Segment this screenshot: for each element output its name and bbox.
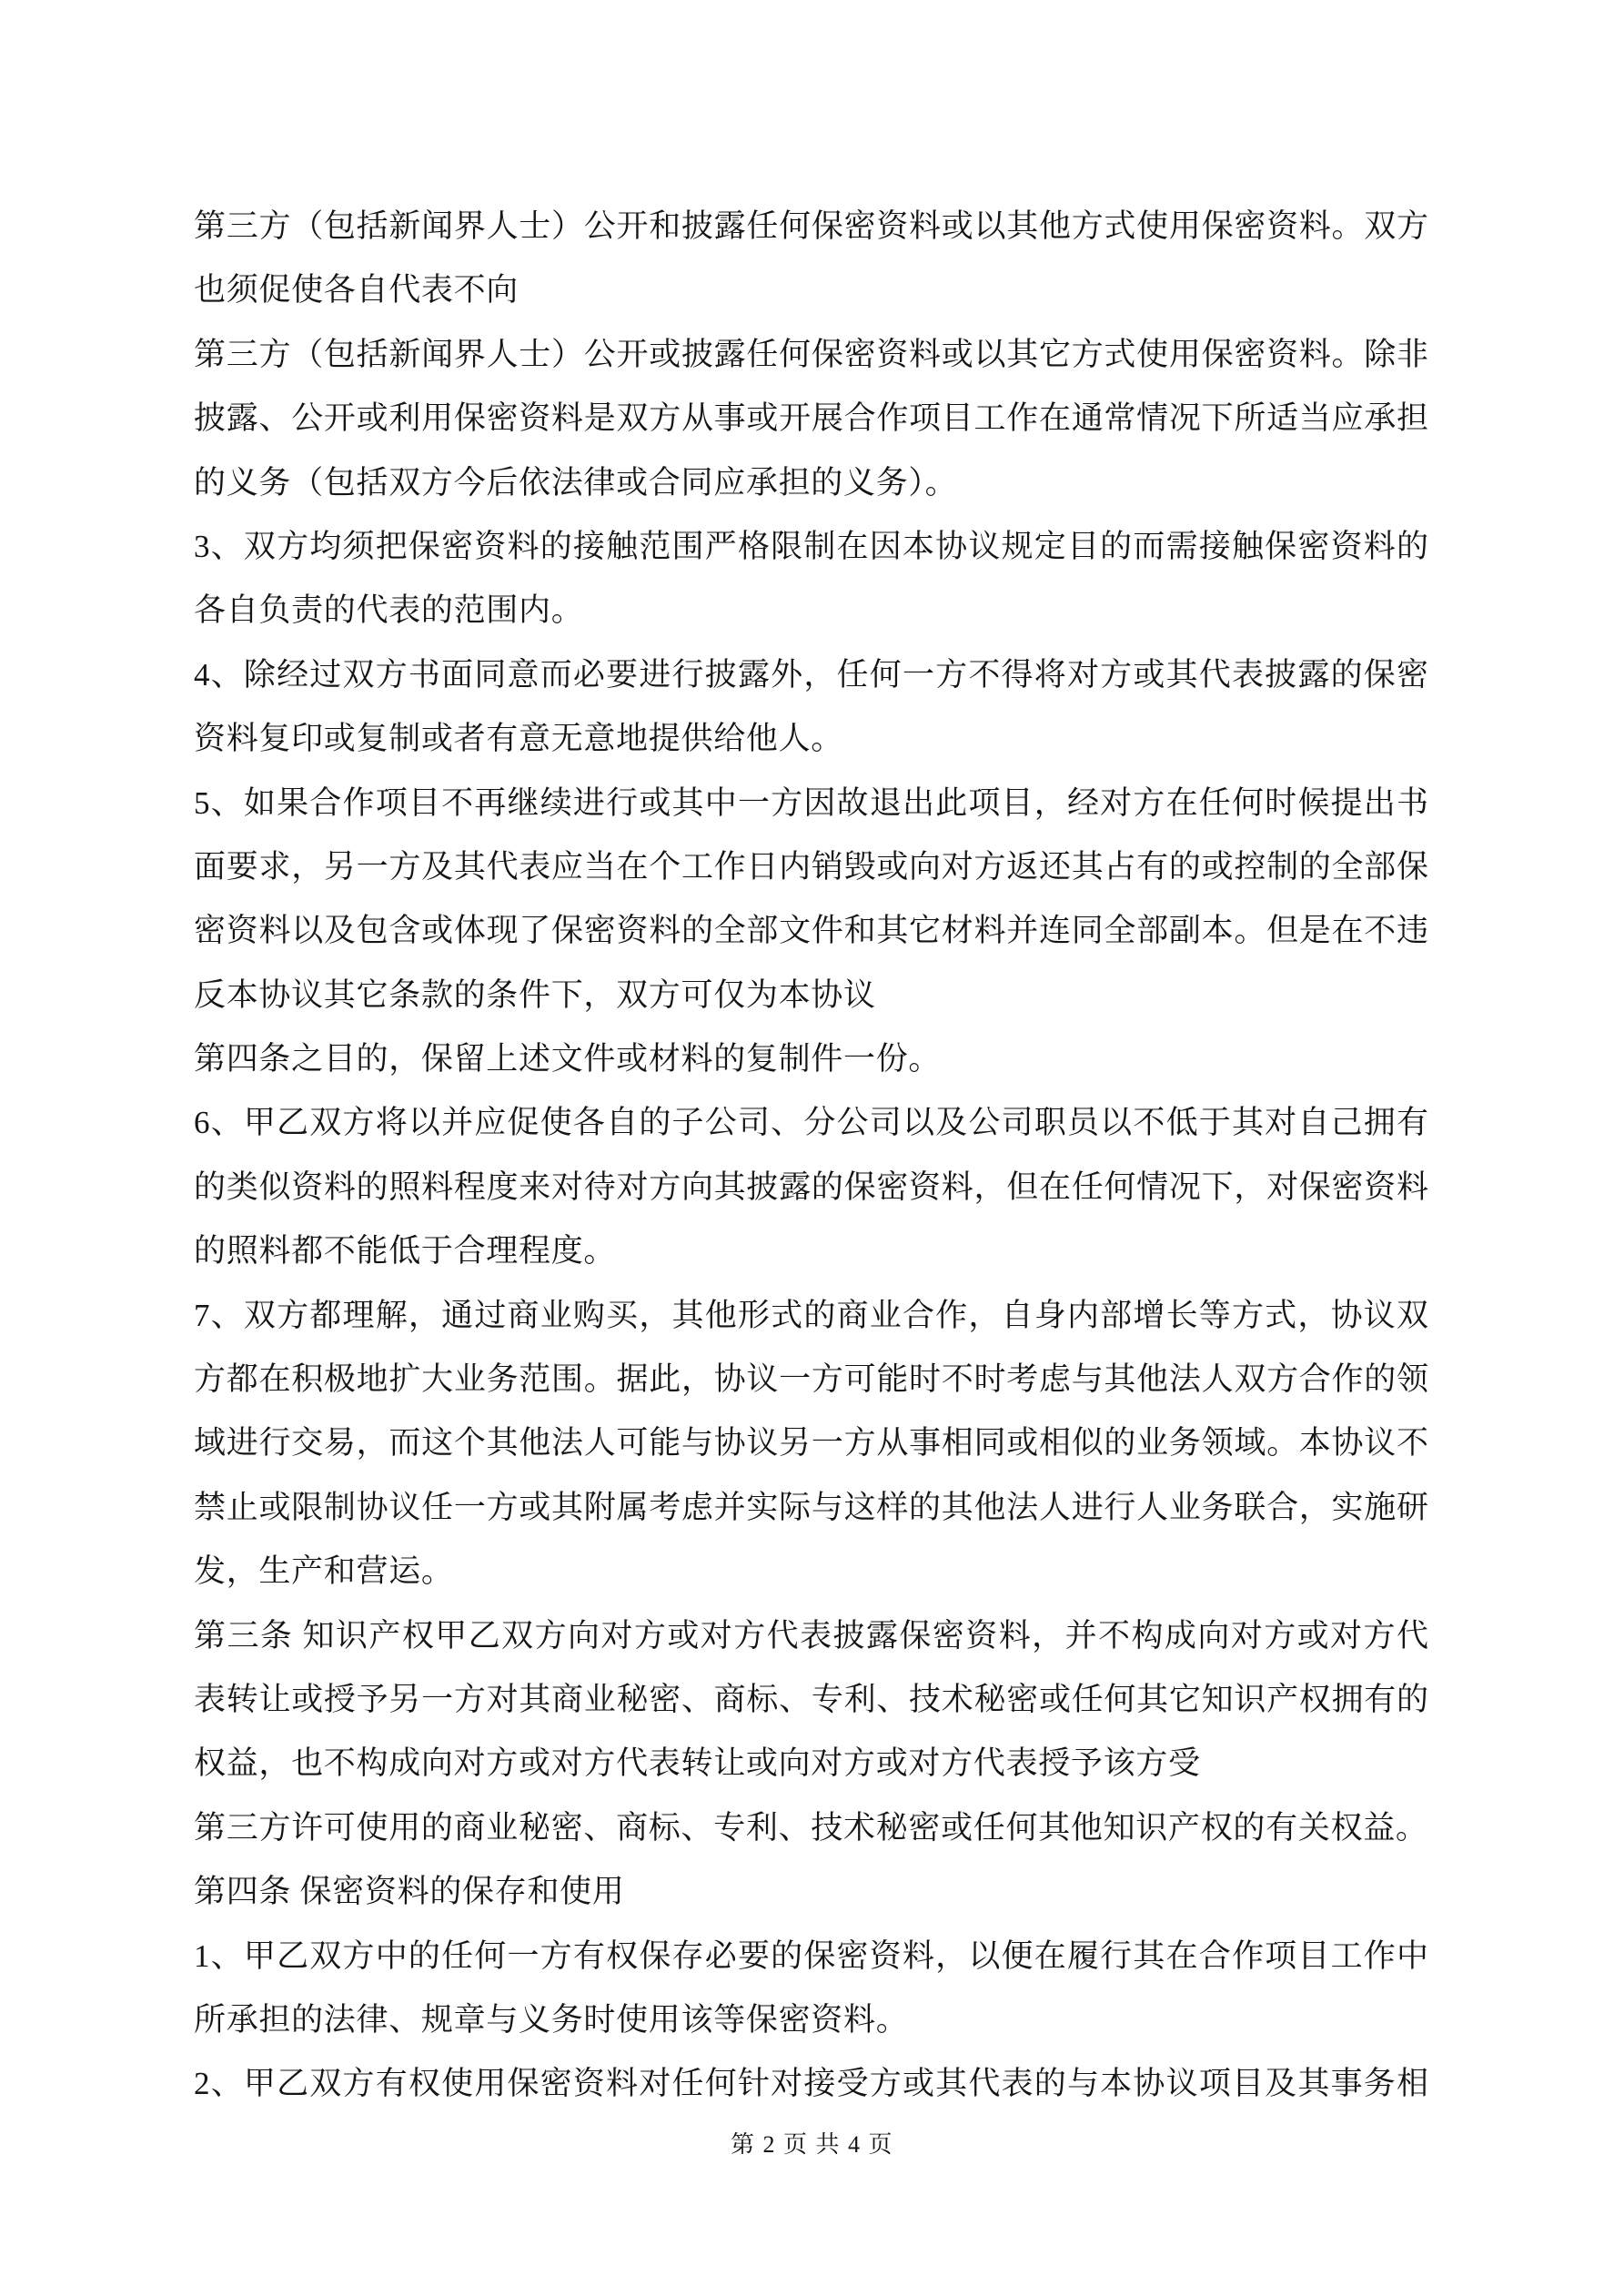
text-line: 6、甲乙双方将以并应促使各自的子公司、分公司以及公司职员以不低于其对自己拥有 — [194, 1091, 1428, 1155]
text-line: 第三条 知识产权甲乙双方向对方或对方代表披露保密资料，并不构成向对方或对方代 — [194, 1604, 1428, 1668]
text-line: 2、甲乙双方有权使用保密资料对任何针对接受方或其代表的与本协议项目及其事务相 — [194, 2052, 1428, 2116]
text-line: 1、甲乙双方中的任何一方有权保存必要的保密资料，以便在履行其在合作项目工作中 — [194, 1925, 1428, 1988]
text-line: 表转让或授予另一方对其商业秘密、商标、专利、技术秘密或任何其它知识产权拥有的 — [194, 1668, 1428, 1732]
text-line: 第四条之目的，保留上述文件或材料的复制件一份。 — [194, 1027, 1428, 1091]
text-line: 7、双方都理解，通过商业购买，其他形式的商业合作，自身内部增长等方式，协议双 — [194, 1284, 1428, 1348]
text-line: 第四条 保密资料的保存和使用 — [194, 1860, 1428, 1924]
text-line: 的类似资料的照料程度来对待对方向其披露的保密资料，但在任何情况下，对保密资料 — [194, 1156, 1428, 1219]
text-line: 披露、公开或利用保密资料是双方从事或开展合作项目工作在通常情况下所适当应承担 — [194, 387, 1428, 450]
text-line: 的义务（包括双方今后依法律或合同应承担的义务）。 — [194, 451, 1428, 515]
text-line: 所承担的法律、规章与义务时使用该等保密资料。 — [194, 1988, 1428, 2052]
text-line: 各自负责的代表的范围内。 — [194, 579, 1428, 642]
text-line: 第三方（包括新闻界人士）公开和披露任何保密资料或以其他方式使用保密资料。双方 — [194, 195, 1428, 258]
document-body: 第三方（包括新闻界人士）公开和披露任何保密资料或以其他方式使用保密资料。双方 也… — [194, 195, 1428, 2117]
text-line: 权益，也不构成向对方或对方代表转让或向对方或对方代表授予该方受 — [194, 1732, 1428, 1795]
text-line: 5、如果合作项目不再继续进行或其中一方因故退出此项目，经对方在任何时候提出书 — [194, 772, 1428, 835]
text-line: 反本协议其它条款的条件下，双方可仅为本协议 — [194, 964, 1428, 1027]
text-line: 3、双方均须把保密资料的接触范围严格限制在因本协议规定目的而需接触保密资料的 — [194, 515, 1428, 579]
text-line: 发，生产和营运。 — [194, 1540, 1428, 1603]
page-number: 第 2 页 共 4 页 — [0, 2126, 1624, 2159]
text-line: 第三方许可使用的商业秘密、商标、专利、技术秘密或任何其他知识产权的有关权益。 — [194, 1796, 1428, 1860]
text-line: 资料复印或复制或者有意无意地提供给他人。 — [194, 707, 1428, 771]
document-page: 第三方（包括新闻界人士）公开和披露任何保密资料或以其他方式使用保密资料。双方 也… — [0, 0, 1624, 2296]
text-line: 4、除经过双方书面同意而必要进行披露外，任何一方不得将对方或其代表披露的保密 — [194, 643, 1428, 707]
text-line: 的照料都不能低于合理程度。 — [194, 1219, 1428, 1283]
text-line: 第三方（包括新闻界人士）公开或披露任何保密资料或以其它方式使用保密资料。除非 — [194, 323, 1428, 387]
text-line: 面要求，另一方及其代表应当在个工作日内销毁或向对方返还其占有的或控制的全部保 — [194, 835, 1428, 899]
text-line: 禁止或限制协议任一方或其附属考虑并实际与这样的其他法人进行人业务联合，实施研 — [194, 1476, 1428, 1540]
text-line: 也须促使各自代表不向 — [194, 258, 1428, 322]
text-line: 密资料以及包含或体现了保密资料的全部文件和其它材料并连同全部副本。但是在不违 — [194, 899, 1428, 963]
text-line: 方都在积极地扩大业务范围。据此，协议一方可能时不时考虑与其他法人双方合作的领 — [194, 1348, 1428, 1411]
text-line: 域进行交易，而这个其他法人可能与协议另一方从事相同或相似的业务领域。本协议不 — [194, 1411, 1428, 1475]
